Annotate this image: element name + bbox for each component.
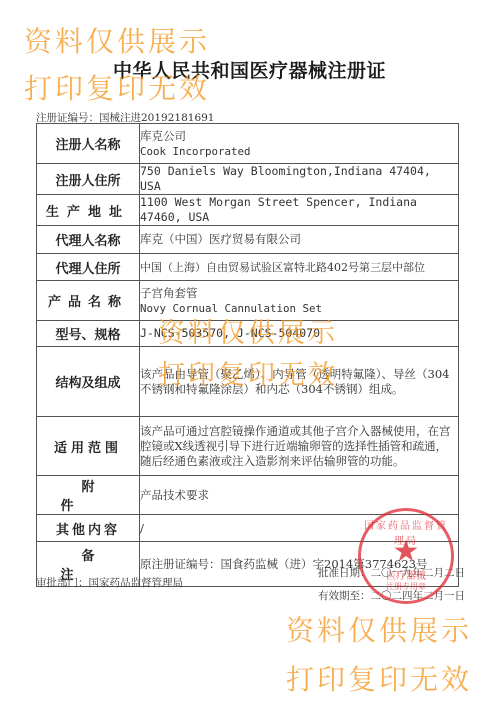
row-label: 生产地址 [37,195,140,226]
star-icon: ★ [361,537,451,567]
watermark-bottom-right: 资料仅供展示 打印复印无效 [286,606,472,704]
row-label: 结构及组成 [37,347,140,417]
seal-line1: 医疗器械 [361,567,451,582]
registrant-name-cn: 库克公司 [140,129,458,144]
row-label: 适用范围 [37,417,140,476]
registrant-name-en: Cook Incorporated [140,144,458,159]
registrant-address: 750 Daniels Way Bloomington,Indiana 4740… [140,164,459,195]
agent-address: 中国（上海）自由贸易试验区富特北路402号第三层中部位 [140,254,459,281]
table-row: 注册人住所 750 Daniels Way Bloomington,Indian… [37,164,459,195]
label-text: 适用范围 [54,441,122,456]
table-row: 代理人名称 库克（中国）医疗贸易有限公司 [37,226,459,254]
row-label: 附件 [37,476,140,515]
row-label: 产品名称 [37,281,140,321]
scope-of-application: 该产品可通过宫腔镜操作通道或其他子宫介入器械使用，在宫腔镜或X线透视引导下进行近… [140,417,459,476]
row-label: 其他内容 [37,515,140,542]
product-name-cn: 子宫角套管 [140,286,458,301]
row-label: 型号、规格 [37,321,140,347]
label-text: 其他内容 [56,523,120,538]
row-value: 子宫角套管 Novy Cornual Cannulation Set [140,281,459,321]
watermark-line2: 打印复印无效 [286,655,472,704]
table-row: 产品名称 子宫角套管 Novy Cornual Cannulation Set [37,281,459,321]
model-spec: J-NCS-503570, J-NCS-504070 [140,321,459,347]
label-text: 附件 [39,480,136,514]
label-text: 产品名称 [48,295,128,310]
row-label: 代理人名称 [37,226,140,254]
seal-line2: 注册专用章 [361,581,451,592]
table-row: 生产地址 1100 West Morgan Street Spencer, In… [37,195,459,226]
structure-composition: 该产品由导管（聚乙烯）、内导管（透明特氟隆）、导丝（304不锈钢和特氟隆涂层）和… [140,347,459,417]
row-label: 代理人住所 [37,254,140,281]
product-name-en: Novy Cornual Cannulation Set [140,301,458,316]
table-row: 注册人名称 库克公司 Cook Incorporated [37,124,459,164]
table-row: 代理人住所 中国（上海）自由贸易试验区富特北路402号第三层中部位 [37,254,459,281]
department-label: 审批部门： [36,577,89,589]
document-title: 中华人民共和国医疗器械注册证 [0,56,499,83]
department-value: 国家药品监督管理局 [89,577,184,589]
approval-department: 审批部门：国家药品监督管理局 [36,575,183,590]
production-address: 1100 West Morgan Street Spencer, Indiana… [140,195,459,226]
row-label: 注册人名称 [37,124,140,164]
label-spread: 生产地址 [37,201,139,220]
row-value: 库克公司 Cook Incorporated [140,124,459,164]
table-row: 适用范围 该产品可通过宫腔镜操作通道或其他子宫介入器械使用，在宫腔镜或X线透视引… [37,417,459,476]
official-seal: 国家药品监督管理局 ★ 医疗器械 注册专用章 [358,508,454,604]
table-row: 型号、规格 J-NCS-503570, J-NCS-504070 [37,321,459,347]
agent-name: 库克（中国）医疗贸易有限公司 [140,226,459,254]
row-label: 注册人住所 [37,164,140,195]
table-row: 结构及组成 该产品由导管（聚乙烯）、内导管（透明特氟隆）、导丝（304不锈钢和特… [37,347,459,417]
watermark-line1: 资料仅供展示 [286,606,472,655]
